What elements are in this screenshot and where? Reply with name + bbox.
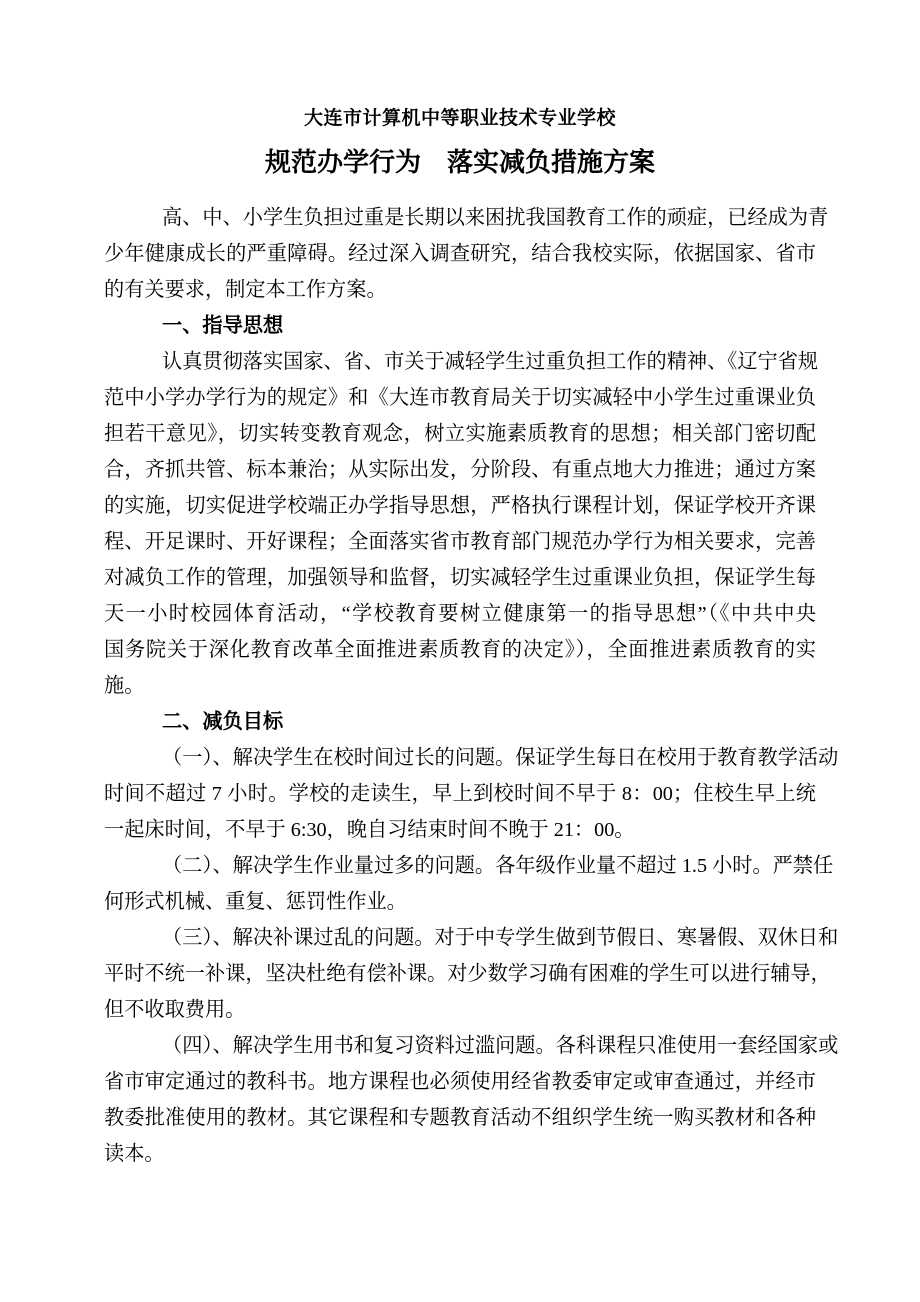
text-line: （二）、解决学生作业量过多的问题。各年级作业量不超过 1.5 小时。严禁任 (104, 848, 816, 884)
text-line: （三）、解决补课过乱的问题。对于中专学生做到节假日、寒暑假、双休日和 (104, 920, 816, 956)
section-heading-guiding-ideology: 一、指导思想 (104, 308, 816, 344)
text-line: 对减负工作的管理，加强领导和监督，切实减轻学生过重课业负担，保证学生每 (104, 560, 816, 596)
guiding-ideology-paragraph: 认真贯彻落实国家、省、市关于减轻学生过重负担工作的精神、《辽宁省规范中小学办学行… (104, 344, 816, 704)
goal-3-paragraph: （三）、解决补课过乱的问题。对于中专学生做到节假日、寒暑假、双休日和平时不统一补… (104, 920, 816, 1028)
text-line: 教委批准使用的教材。其它课程和专题教育活动不组织学生统一购买教材和各种 (104, 1100, 816, 1136)
text-line: 程、开足课时、开好课程；全面落实省市教育部门规范办学行为相关要求，完善 (104, 524, 816, 560)
document-title-subject: 规范办学行为 落实减负措施方案 (0, 144, 920, 182)
text-line: 读本。 (104, 1136, 816, 1172)
text-line: 范中小学办学行为的规定》和《大连市教育局关于切实减轻中小学生过重课业负 (104, 380, 816, 416)
intro-paragraph: 高、中、小学生负担过重是长期以来困扰我国教育工作的顽症，已经成为青少年健康成长的… (104, 200, 816, 308)
text-line: （一）、解决学生在校时间过长的问题。保证学生每日在校用于教育教学活动 (104, 740, 816, 776)
text-line: 的有关要求，制定本工作方案。 (104, 272, 816, 308)
text-line: 国务院关于深化教育改革全面推进素质教育的决定》），全面推进素质教育的实 (104, 632, 816, 668)
goal-1-paragraph: （一）、解决学生在校时间过长的问题。保证学生每日在校用于教育教学活动时间不超过 … (104, 740, 816, 848)
text-line: 合，齐抓共管、标本兼治；从实际出发，分阶段、有重点地大力推进；通过方案 (104, 452, 816, 488)
text-line: 天一小时校园体育活动，“学校教育要树立健康第一的指导思想”（《中共中央 (104, 596, 816, 632)
goal-2-paragraph: （二）、解决学生作业量过多的问题。各年级作业量不超过 1.5 小时。严禁任何形式… (104, 848, 816, 920)
document-body: 高、中、小学生负担过重是长期以来困扰我国教育工作的顽症，已经成为青少年健康成长的… (0, 200, 920, 1172)
text-line: 施。 (104, 668, 816, 704)
text-line: 时间不超过 7 小时。学校的走读生，早上到校时间不早于 8：00；住校生早上统 (104, 776, 816, 812)
text-line: 认真贯彻落实国家、省、市关于减轻学生过重负担工作的精神、《辽宁省规 (104, 344, 816, 380)
document-page: 大连市计算机中等职业技术专业学校 规范办学行为 落实减负措施方案 高、中、小学生… (0, 0, 920, 1302)
text-line: 但不收取费用。 (104, 992, 816, 1028)
text-line: 担若干意见》，切实转变教育观念，树立实施素质教育的思想；相关部门密切配 (104, 416, 816, 452)
section-heading-text: 二、减负目标 (104, 704, 816, 740)
text-line: 少年健康成长的严重障碍。经过深入调查研究，结合我校实际，依据国家、省市 (104, 236, 816, 272)
text-line: （四）、解决学生用书和复习资料过滥问题。各科课程只准使用一套经国家或 (104, 1028, 816, 1064)
goal-4-paragraph: （四）、解决学生用书和复习资料过滥问题。各科课程只准使用一套经国家或省市审定通过… (104, 1028, 816, 1172)
text-line: 平时不统一补课，坚决杜绝有偿补课。对少数学习确有困难的学生可以进行辅导， (104, 956, 816, 992)
text-line: 省市审定通过的教科书。地方课程也必须使用经省教委审定或审查通过，并经市 (104, 1064, 816, 1100)
text-line: 的实施，切实促进学校端正办学指导思想，严格执行课程计划，保证学校开齐课 (104, 488, 816, 524)
section-heading-text: 一、指导思想 (104, 308, 816, 344)
section-heading-burden-reduction-goals: 二、减负目标 (104, 704, 816, 740)
text-line: 高、中、小学生负担过重是长期以来困扰我国教育工作的顽症，已经成为青 (104, 200, 816, 236)
document-title-school: 大连市计算机中等职业技术专业学校 (0, 104, 920, 134)
text-line: 何形式机械、重复、惩罚性作业。 (104, 884, 816, 920)
text-line: 一起床时间，不早于 6:30，晚自习结束时间不晚于 21：00。 (104, 812, 816, 848)
